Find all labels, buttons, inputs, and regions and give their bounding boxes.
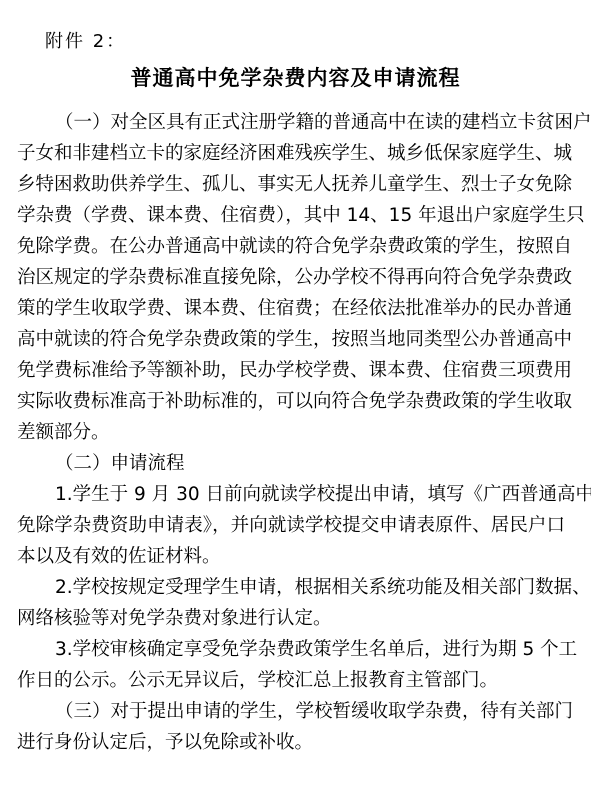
attachment-label: 附件 2： — [45, 27, 126, 53]
paragraph-line: 高中就读的符合免学杂费政策的学生，按照当地同类型公办普通高中 — [17, 324, 565, 355]
paragraph-line: 学杂费（学费、课本费、住宿费），其中 14、15 年退出户家庭学生只 — [17, 200, 565, 231]
paragraph-line: 策的学生收取学费、课本费、住宿费；在经依法批准举办的民办普通 — [17, 293, 565, 324]
paragraph-line: 免除学杂费资助申请表》，并向就读学校提交申请表原件、居民户口 — [17, 510, 565, 541]
document-body: （一）对全区具有正式注册学籍的普通高中在读的建档立卡贫困户 子女和非建档立卡的家… — [17, 107, 565, 758]
paragraph-line: 子女和非建档立卡的家庭经济困难残疾学生、城乡低保家庭学生、城 — [17, 138, 565, 169]
document-title: 普通高中免学杂费内容及申请流程 — [0, 62, 591, 92]
paragraph-line: 作日的公示。公示无异议后，学校汇总上报教育主管部门。 — [17, 665, 565, 696]
paragraph-line: 进行身份认定后，予以免除或补收。 — [17, 727, 565, 758]
paragraph-line: 实际收费标准高于补助标准的，可以向符合免学杂费政策的学生收取 — [17, 386, 565, 417]
paragraph-line: （一）对全区具有正式注册学籍的普通高中在读的建档立卡贫困户 — [17, 107, 565, 138]
paragraph-line: 免除学费。在公办普通高中就读的符合免学杂费政策的学生，按照自 — [17, 231, 565, 262]
paragraph-line: 1.学生于 9 月 30 日前向就读学校提出申请，填写《广西普通高中 — [17, 479, 565, 510]
paragraph-line: 乡特困救助供养学生、孤儿、事实无人抚养儿童学生、烈士子女免除 — [17, 169, 565, 200]
paragraph-line: 治区规定的学杂费标准直接免除，公办学校不得再向符合免学杂费政 — [17, 262, 565, 293]
paragraph-line: 2.学校按规定受理学生申请，根据相关系统功能及相关部门数据、 — [17, 572, 565, 603]
paragraph-line: （三）对于提出申请的学生，学校暂缓收取学杂费，待有关部门 — [17, 696, 565, 727]
section-heading: （二）申请流程 — [17, 448, 565, 479]
paragraph-line: 3.学校审核确定享受免学杂费政策学生名单后，进行为期 5 个工 — [17, 634, 565, 665]
paragraph-line: 免学费标准给予等额补助，民办学校学费、课本费、住宿费三项费用 — [17, 355, 565, 386]
paragraph-line: 差额部分。 — [17, 417, 565, 448]
paragraph-line: 网络核验等对免学杂费对象进行认定。 — [17, 603, 565, 634]
paragraph-line: 本以及有效的佐证材料。 — [17, 541, 565, 572]
